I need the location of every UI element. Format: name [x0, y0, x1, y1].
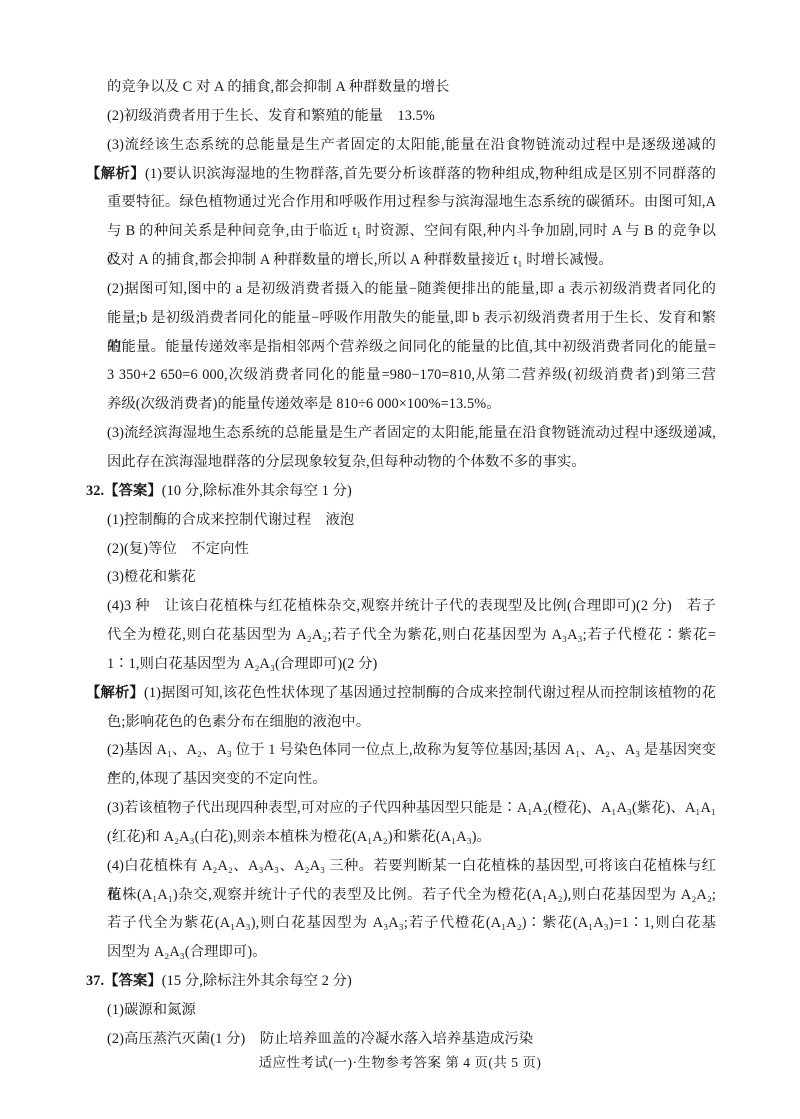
line-text: 色;影响花色的色素分布在细胞的液泡中。: [107, 714, 370, 730]
text-line: 37.【答案】(15 分,除标注外其余每空 2 分): [86, 967, 716, 996]
section-label: 【解析】: [86, 166, 145, 182]
text-line: 因此存在滨海湿地群落的分层现象较复杂,但每种动物的个体数不多的事实。: [107, 448, 716, 477]
section-label: 32.【答案】: [86, 483, 162, 499]
text-line: 重要特征。绿色植物通过光合作用和呼吸作用过程参与滨海湿地生态系统的碳循环。由图可…: [107, 188, 716, 217]
text-line: 32.【答案】(10 分,除标准外其余每空 1 分): [86, 477, 716, 506]
section-label: 【解析】: [86, 685, 144, 701]
text-line: (3)流经滨海湿地生态系统的总能量是生产者固定的太阳能,能量在沿食物链流动过程中…: [107, 419, 716, 448]
text-line: (2)据图可知,图中的 a 是初级消费者摄入的能量−随粪便排出的能量,即 a 表…: [107, 275, 716, 304]
line-text: 若子代全为紫花(A₁A₃),则白花基因型为 A₃A₃;若子代橙花(A₁A₂)∶紫…: [107, 915, 716, 931]
line-text: (2)初级消费者用于生长、发育和繁殖的能量 13.5%: [107, 108, 435, 124]
text-line: 【解析】(1)要认识滨海湿地的生物群落,首先要分析该群落的物种组成,物种组成是区…: [86, 160, 716, 189]
text-line: (3)橙花和紫花: [107, 563, 716, 592]
text-line: (4)白花植株有 A₂A₂、A₃A₃、A₂A₃ 三种。若要判断某一白花植株的基因…: [107, 852, 716, 881]
text-line: (4)3 种 让该白花植株与红花植株杂交,观察并统计子代的表现型及比例(合理即可…: [107, 592, 716, 621]
text-line: 植株(A₁A₁)杂交,观察并统计子代的表型及比例。若子代全为橙花(A₁A₂),则…: [107, 881, 716, 910]
text-line: 若子代全为紫花(A₁A₃),则白花基因型为 A₃A₃;若子代橙花(A₁A₂)∶紫…: [107, 909, 716, 938]
line-text: (3)橙花和紫花: [107, 569, 196, 585]
footer-text: 适应性考试(一)·生物参考答案 第 4 页(共 5 页): [259, 1055, 542, 1070]
text-line: 因型为 A₂A₃(合理即可)。: [107, 938, 716, 967]
line-text: 养级(次级消费者)的能量传递效率是 810÷6 000×100%=13.5%。: [107, 396, 501, 412]
line-text: (15 分,除标注外其余每空 2 分): [162, 973, 352, 989]
line-text: 3 350+2 650=6 000,次级消费者同化的能量=980−170=810…: [107, 367, 716, 383]
text-line: 能量;b 是初级消费者同化的能量−呼吸作用散失的能量,即 b 表示初级消费者用于…: [107, 304, 716, 333]
line-text: (3)若该植物子代出现四种表型,可对应的子代四种基因型只能是∶A₁A₂(橙花)、…: [107, 800, 716, 816]
line-text: (3)流经滨海湿地生态系统的总能量是生产者固定的太阳能,能量在沿食物链流动过程中…: [107, 425, 716, 441]
text-line: (1)碳源和氮源: [107, 996, 716, 1025]
line-text: (1)要认识滨海湿地的生物群落,首先要分析该群落的物种组成,物种组成是区别不同群…: [145, 166, 716, 182]
line-text: (10 分,除标准外其余每空 1 分): [162, 483, 352, 499]
text-line: 代全为橙花,则白花基因型为 A₂A₂;若子代全为紫花,则白花基因型为 A₃A₃;…: [107, 621, 716, 650]
text-line: (红花)和 A₂A₃(白花),则亲本植株为橙花(A₁A₂)和紫花(A₁A₃)。: [107, 823, 716, 852]
line-text: 因型为 A₂A₃(合理即可)。: [107, 944, 267, 960]
text-line: 3 350+2 650=6 000,次级消费者同化的能量=980−170=810…: [107, 361, 716, 390]
line-text: 生的,体现了基因突变的不定向性。: [107, 771, 327, 787]
text-line: (2)(复)等位 不定向性: [107, 535, 716, 564]
line-text: 的竞争以及 C 对 A 的捕食,都会抑制 A 种群数量的增长: [107, 79, 450, 95]
answer-key-page: 的竞争以及 C 对 A 的捕食,都会抑制 A 种群数量的增长(2)初级消费者用于…: [0, 0, 800, 1119]
text-line: 1∶1,则白花基因型为 A₂A₃(合理即可)(2 分): [107, 650, 716, 679]
line-text: (2)高压蒸汽灭菌(1 分) 防止培养皿盖的冷凝水落入培养基造成污染: [107, 1031, 533, 1047]
line-text: (2)(复)等位 不定向性: [107, 541, 249, 557]
line-text: (1)碳源和氮源: [107, 1002, 196, 1018]
text-line: (2)基因 A₁、A₂、A₃ 位于 1 号染色体同一位点上,故称为复等位基因;基…: [107, 736, 716, 765]
page-footer: 适应性考试(一)·生物参考答案 第 4 页(共 5 页): [0, 1049, 800, 1077]
line-text: (4)3 种 让该白花植株与红花植株杂交,观察并统计子代的表现型及比例(合理即可…: [107, 598, 716, 614]
line-text: (1)据图可知,该花色性状体现了基因通过控制酶的合成来控制代谢过程从而控制该植物…: [144, 685, 716, 701]
line-text: C 对 A 的捕食,都会抑制 A 种群数量的增长,所以 A 种群数量接近 t₁ …: [107, 252, 613, 268]
text-line: 与 B 的种间关系是种间竞争,由于临近 t₁ 时资源、空间有限,种内斗争加剧,同…: [107, 217, 716, 246]
text-line: 【解析】(1)据图可知,该花色性状体现了基因通过控制酶的合成来控制代谢过程从而控…: [86, 679, 716, 708]
text-line: (2)初级消费者用于生长、发育和繁殖的能量 13.5%: [107, 102, 716, 131]
answer-sheet-content: 的竞争以及 C 对 A 的捕食,都会抑制 A 种群数量的增长(2)初级消费者用于…: [86, 73, 716, 1054]
section-label: 37.【答案】: [86, 973, 162, 989]
text-line: (1)控制酶的合成来控制代谢过程 液泡: [107, 506, 716, 535]
text-line: (3)流经该生态系统的总能量是生产者固定的太阳能,能量在沿食物链流动过程中是逐级…: [107, 131, 716, 160]
text-line: 生的,体现了基因突变的不定向性。: [107, 765, 716, 794]
line-text: (2)据图可知,图中的 a 是初级消费者摄入的能量−随粪便排出的能量,即 a 表…: [107, 281, 716, 297]
line-text: 重要特征。绿色植物通过光合作用和呼吸作用过程参与滨海湿地生态系统的碳循环。由图可…: [107, 194, 716, 210]
text-line: 养级(次级消费者)的能量传递效率是 810÷6 000×100%=13.5%。: [107, 390, 716, 419]
text-line: 的竞争以及 C 对 A 的捕食,都会抑制 A 种群数量的增长: [107, 73, 716, 102]
line-text: 因此存在滨海湿地群落的分层现象较复杂,但每种动物的个体数不多的事实。: [107, 454, 586, 470]
text-line: (3)若该植物子代出现四种表型,可对应的子代四种基因型只能是∶A₁A₂(橙花)、…: [107, 794, 716, 823]
line-text: (红花)和 A₂A₃(白花),则亲本植株为橙花(A₁A₂)和紫花(A₁A₃)。: [107, 829, 491, 845]
text-line: 色;影响花色的色素分布在细胞的液泡中。: [107, 708, 716, 737]
line-text: (3)流经该生态系统的总能量是生产者固定的太阳能,能量在沿食物链流动过程中是逐级…: [107, 137, 716, 153]
text-line: C 对 A 的捕食,都会抑制 A 种群数量的增长,所以 A 种群数量接近 t₁ …: [107, 246, 716, 275]
line-text: 植株(A₁A₁)杂交,观察并统计子代的表型及比例。若子代全为橙花(A₁A₂),则…: [107, 887, 716, 903]
line-text: 代全为橙花,则白花基因型为 A₂A₂;若子代全为紫花,则白花基因型为 A₃A₃;…: [107, 627, 716, 643]
line-text: (1)控制酶的合成来控制代谢过程 液泡: [107, 512, 354, 528]
line-text: 1∶1,则白花基因型为 A₂A₃(合理即可)(2 分): [107, 656, 377, 672]
line-text: 的能量。能量传递效率是指相邻两个营养级之间同化的能量的比值,其中初级消费者同化的…: [107, 339, 716, 355]
text-line: 的能量。能量传递效率是指相邻两个营养级之间同化的能量的比值,其中初级消费者同化的…: [107, 333, 716, 362]
